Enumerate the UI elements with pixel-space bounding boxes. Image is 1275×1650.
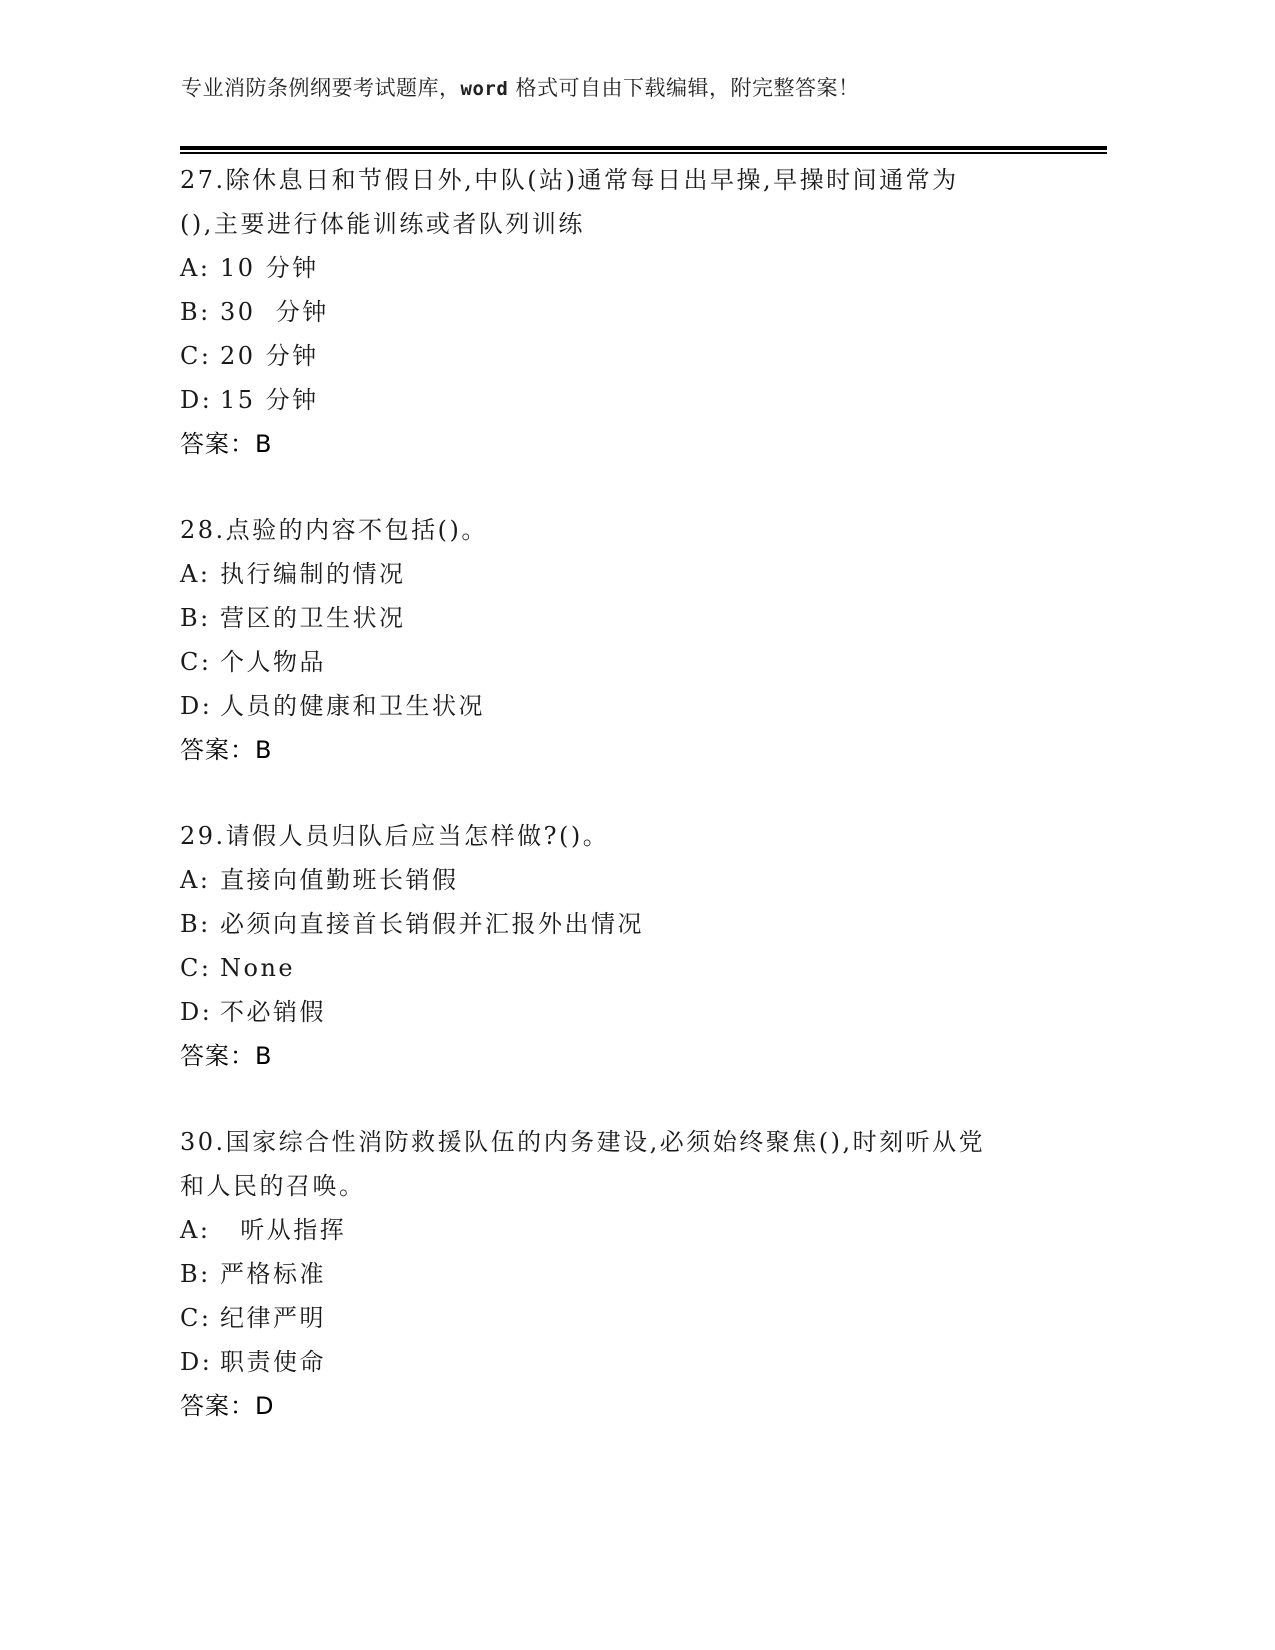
option-label: D:	[180, 684, 220, 728]
header-text-latin: word	[461, 78, 509, 100]
option-d: D:人员的健康和卫生状况	[180, 684, 1060, 728]
option-label: B:	[180, 1252, 220, 1296]
option-label: A:	[180, 246, 220, 290]
option-a: A:执行编制的情况	[180, 552, 1060, 596]
option-c: C:20 分钟	[180, 334, 1060, 378]
option-text: 10 分钟	[220, 246, 319, 290]
question-27: 27.除休息日和节假日外,中队(站)通常每日出早操,早操时间通常为 (),主要进…	[180, 158, 1060, 466]
option-text: 必须向直接首长销假并汇报外出情况	[220, 902, 644, 946]
option-label: D:	[180, 1340, 220, 1384]
question-stem: 27.除休息日和节假日外,中队(站)通常每日出早操,早操时间通常为	[180, 158, 1060, 202]
option-d: D:职责使命	[180, 1340, 1060, 1384]
option-text: 15 分钟	[220, 378, 319, 422]
answer-key: 答案：B	[180, 728, 1060, 772]
option-text: 30 分钟	[220, 290, 329, 334]
option-text: 不必销假	[220, 990, 326, 1034]
option-label: B:	[180, 290, 220, 334]
option-label: B:	[180, 902, 220, 946]
header-text-before: 专业消防条例纲要考试题库，	[181, 76, 461, 100]
option-label: C:	[180, 334, 220, 378]
option-label: A:	[180, 552, 220, 596]
question-29: 29.请假人员归队后应当怎样做?()。 A:直接向值勤班长销假 B:必须向直接首…	[180, 814, 1060, 1078]
option-label: D:	[180, 990, 220, 1034]
option-text: 直接向值勤班长销假	[220, 858, 459, 902]
option-label: C:	[180, 640, 220, 684]
header-rule-thick	[180, 146, 1107, 150]
option-c: C:纪律严明	[180, 1296, 1060, 1340]
option-a: A:直接向值勤班长销假	[180, 858, 1060, 902]
option-label: D:	[180, 378, 220, 422]
option-label: C:	[180, 946, 220, 990]
option-c: C:None	[180, 946, 1060, 990]
option-label: C:	[180, 1296, 220, 1340]
option-text: 营区的卫生状况	[220, 596, 406, 640]
question-stem: 29.请假人员归队后应当怎样做?()。	[180, 814, 1060, 858]
option-text: 个人物品	[220, 640, 326, 684]
question-stem: 30.国家综合性消防救援队伍的内务建设,必须始终聚焦(),时刻听从党	[180, 1120, 1060, 1164]
question-stem: 和人民的召唤。	[180, 1164, 1060, 1208]
option-label: A:	[180, 858, 220, 902]
answer-key: 答案：D	[180, 1384, 1060, 1428]
option-b: B:严格标准	[180, 1252, 1060, 1296]
option-text: 20 分钟	[220, 334, 319, 378]
answer-key: 答案：B	[180, 1034, 1060, 1078]
option-text: 严格标准	[220, 1252, 326, 1296]
document-header: 专业消防条例纲要考试题库，word 格式可自由下载编辑，附完整答案！	[181, 72, 859, 102]
option-b: B:30 分钟	[180, 290, 1060, 334]
option-text: 职责使命	[220, 1340, 326, 1384]
header-rule-thin	[180, 152, 1107, 154]
question-stem: 28.点验的内容不包括()。	[180, 508, 1060, 552]
option-text: 听从指挥	[220, 1208, 346, 1252]
option-label: B:	[180, 596, 220, 640]
option-text: 人员的健康和卫生状况	[220, 684, 485, 728]
option-text: None	[220, 946, 295, 990]
question-28: 28.点验的内容不包括()。 A:执行编制的情况 B:营区的卫生状况 C:个人物…	[180, 508, 1060, 772]
option-c: C:个人物品	[180, 640, 1060, 684]
option-b: B:必须向直接首长销假并汇报外出情况	[180, 902, 1060, 946]
question-30: 30.国家综合性消防救援队伍的内务建设,必须始终聚焦(),时刻听从党 和人民的召…	[180, 1120, 1060, 1428]
question-stem: (),主要进行体能训练或者队列训练	[180, 202, 1060, 246]
header-text-after: 格式可自由下载编辑，附完整答案！	[508, 76, 859, 100]
option-d: D:15 分钟	[180, 378, 1060, 422]
option-text: 纪律严明	[220, 1296, 326, 1340]
option-label: A:	[180, 1208, 220, 1252]
option-a: A:10 分钟	[180, 246, 1060, 290]
answer-key: 答案：B	[180, 422, 1060, 466]
question-list: 27.除休息日和节假日外,中队(站)通常每日出早操,早操时间通常为 (),主要进…	[180, 158, 1060, 1470]
option-b: B:营区的卫生状况	[180, 596, 1060, 640]
option-a: A: 听从指挥	[180, 1208, 1060, 1252]
option-d: D:不必销假	[180, 990, 1060, 1034]
option-text: 执行编制的情况	[220, 552, 406, 596]
